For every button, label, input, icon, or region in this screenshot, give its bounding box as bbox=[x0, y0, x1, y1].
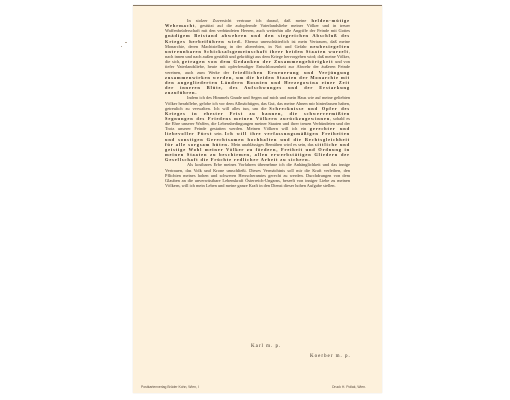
signature-karl: Karl m. p. bbox=[251, 344, 281, 349]
signature-koerber: Koerber m. p. bbox=[310, 354, 351, 359]
paragraph-1: In stolzer Zuversicht vertraue ich darau… bbox=[165, 18, 350, 95]
publisher-credit: Postkartenverlag Brüder Kohn, Wien, I bbox=[141, 385, 199, 389]
paper-speck bbox=[125, 42, 127, 43]
postcard: In stolzer Zuversicht vertraue ich darau… bbox=[133, 5, 382, 393]
paragraph-3: Als kostbares Erbe meines Vorfahren über… bbox=[165, 162, 350, 188]
printer-credit: Druck H. Pollak, Wien. bbox=[332, 385, 366, 389]
paragraph-2: Indem ich des Himmels Gnade und Segen au… bbox=[165, 95, 350, 162]
proclamation-text: In stolzer Zuversicht vertraue ich darau… bbox=[165, 18, 350, 188]
paper-speck bbox=[121, 46, 122, 47]
body-text: Als kostbares Erbe meines Vorfahren über… bbox=[165, 162, 350, 188]
